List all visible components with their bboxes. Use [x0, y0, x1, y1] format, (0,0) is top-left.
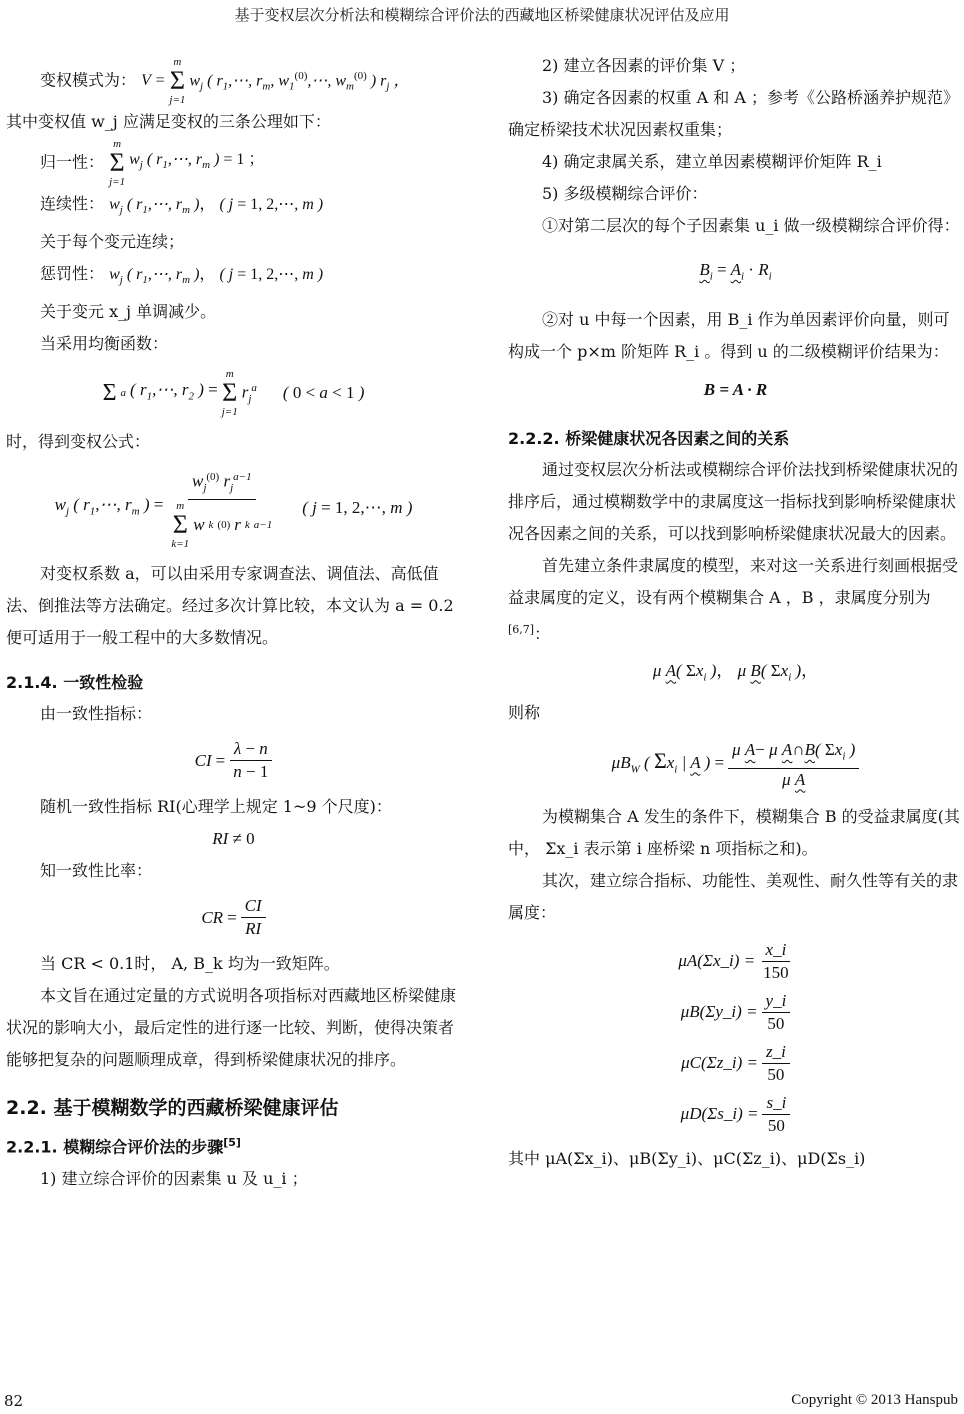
step-3: 3) 确定各因素的权重 A 和 A ；参考《公路桥涵养护规范》确定桥梁技术状况因…	[508, 82, 963, 146]
step-4: 4) 确定隶属关系，建立单因素模糊评价矩阵 R_i	[508, 146, 963, 178]
aim-paragraph: 本文旨在通过定量的方式说明各项指标对西藏地区桥梁健康状况的影响大小，最后定性的进…	[6, 980, 461, 1076]
membership-equation-list: μA(Σx_i) = x_i150 μB(Σy_i) = y_i50 μC(Σz…	[508, 939, 963, 1137]
axioms-intro: 其中变权值 w_j 应满足变权的三条公理如下：	[6, 106, 461, 138]
axiom-penalty-eq: wj ( r1,⋯, rm )， ( j = 1, 2,⋯, m )	[109, 266, 323, 283]
relation-paragraph-1: 通过变权层次分析法或模糊综合评价法找到桥梁健康状况的排序后，通过模糊数学中的隶属…	[508, 454, 963, 550]
coefficient-paragraph: 对变权系数 a，可以由采用专家调查法、调值法、高低值法、倒推法等方法确定。经过多…	[6, 558, 461, 654]
axiom-normalization-label: 归一性：	[40, 153, 104, 172]
relation-paragraph-2-end: ：	[534, 625, 550, 644]
membership-equation-d: μD(Σs_i) = s_i50	[508, 1092, 963, 1137]
equation-numerator: z_i	[762, 1041, 790, 1064]
second-level-eval-equation: B = A · R	[508, 374, 963, 406]
equation-denominator: 50	[764, 1115, 789, 1137]
equation-denominator: 150	[759, 962, 793, 984]
running-header: 基于变权层次分析法和模糊综合评价法的西藏地区桥梁健康状况评估及应用	[0, 4, 964, 25]
page-number: 82	[4, 1392, 23, 1410]
step-5: 5) 多级模糊综合评价：	[508, 178, 963, 210]
relation-paragraph-2: 首先建立条件隶属度的模型，来对这一关系进行刻画根据受益隶属度的定义，设有两个模糊…	[508, 550, 963, 650]
varmode-label: 变权模式为：	[40, 71, 136, 90]
ri-intro: 随机一致性指标 RI(心理学上规定 1~9 个尺度)：	[6, 791, 461, 823]
section-2-2-2-heading: 2.2.2. 桥梁健康状况各因素之间的关系	[508, 424, 963, 454]
section-2-1-4-heading: 2.1.4. 一致性检验	[6, 668, 461, 698]
axiom-continuity-eq: wj ( r1,⋯, rm )， ( j = 1, 2,⋯, m )	[109, 196, 323, 213]
axiom-continuity-label: 连续性：	[40, 194, 104, 213]
axiom-normalization-eq: mΣj=1 wj ( r1,⋯, rm ) = 1 ；	[109, 138, 264, 188]
equation-lhs: μD(Σs_i) =	[681, 1098, 759, 1130]
varmode-line: 变权模式为： V = mΣj=1 wj ( r1,⋯, rm, w1(0),⋯,…	[6, 56, 461, 106]
step-1: 1) 建立综合评价的因素集 u 及 u_i ；	[6, 1163, 461, 1195]
equation-lhs: μB(Σy_i) =	[681, 996, 758, 1028]
citation-ref-6-7[interactable]: [6,7]	[508, 623, 534, 636]
citation-ref[interactable]: [5]	[223, 1136, 241, 1149]
section-2-2-1-heading: 2.2.1. 模糊综合评价法的步骤[5]	[6, 1128, 461, 1162]
equation-numerator: s_i	[762, 1092, 790, 1115]
membership-equation-b: μB(Σy_i) = y_i50	[508, 990, 963, 1035]
conditional-description: 为模糊集合 A 发生的条件下，模糊集合 B 的受益隶属度(其中， Σx_i 表示…	[508, 801, 963, 865]
right-column: 2) 建立各因素的评价集 V ； 3) 确定各因素的权重 A 和 A ；参考《公…	[508, 50, 963, 1175]
left-column: 变权模式为： V = mΣj=1 wj ( r1,⋯, rm, w1(0),⋯,…	[6, 50, 461, 1195]
where-line: 其中 μA(Σx_i)、μB(Σy_i)、μC(Σz_i)、μD(Σs_i)	[508, 1143, 963, 1175]
step-5-1: ①对第二层次的每个子因素集 u_i 做一级模糊综合评价得：	[508, 210, 963, 242]
then-label: 则称	[508, 697, 963, 729]
membership-equation-a: μA(Σx_i) = x_i150	[508, 939, 963, 984]
varmode-equation: V = mΣj=1 wj ( r1,⋯, rm, w1(0),⋯, wm(0) …	[141, 56, 409, 106]
axiom-penalty-label: 惩罚性：	[40, 264, 104, 283]
relation-paragraph-2-text: 首先建立条件隶属度的模型，来对这一关系进行刻画根据受益隶属度的定义，设有两个模糊…	[508, 556, 958, 607]
axiom-continuity-note: 关于每个变元连续；	[6, 226, 461, 258]
formula-intro: 时，得到变权公式：	[6, 426, 461, 458]
ci-equation: CI = λ − nn − 1	[6, 738, 461, 783]
ri-equation: RI ≠ 0	[6, 823, 461, 855]
balance-intro: 当采用均衡函数：	[6, 328, 461, 360]
first-level-eval-equation: Bi = Ai · Ri	[508, 254, 963, 292]
axiom-penalty: 惩罚性： wj ( r1,⋯, rm )， ( j = 1, 2,⋯, m )	[6, 258, 461, 296]
axiom-normalization: 归一性： mΣj=1 wj ( r1,⋯, rm ) = 1 ；	[6, 138, 461, 188]
balance-equation: Σa ( r1,⋯, r2 ) = mΣj=1 rja ( 0 < a < 1 …	[6, 368, 461, 418]
copyright-notice: Copyright © 2013 Hanspub	[791, 1392, 958, 1409]
membership-equation-c: μC(Σz_i) = z_i50	[508, 1041, 963, 1086]
axiom-continuity: 连续性： wj ( r1,⋯, rm )， ( j = 1, 2,⋯, m )	[6, 188, 461, 226]
cr-intro: 知一致性比率：	[6, 855, 461, 887]
equation-numerator: x_i	[762, 939, 791, 962]
equation-denominator: 50	[763, 1013, 788, 1035]
step-2: 2) 建立各因素的评价集 V ；	[508, 50, 963, 82]
equation-lhs: μC(Σz_i) =	[681, 1047, 758, 1079]
axiom-penalty-note: 关于变元 x_j 单调减少。	[6, 296, 461, 328]
equation-lhs: μA(Σx_i) =	[678, 945, 755, 977]
next-paragraph: 其次，建立综合指标、功能性、美观性、耐久性等有关的隶属度：	[508, 865, 963, 929]
membership-ab-equation: μ A( Σxi )， μ B( Σxi )，	[508, 655, 963, 693]
step-5-2: ②对 u 中每一个因素，用 B_i 作为单因素评价向量，则可构成一个 p×m 阶…	[508, 304, 963, 368]
section-2-2-heading: 2.2. 基于模糊数学的西藏桥梁健康评估	[6, 1092, 461, 1124]
conditional-membership-equation: μBW ( Σxi | A ) = μ A− μ A∩B( Σxi ) μ A	[508, 739, 963, 790]
section-2-2-1-title: 2.2.1. 模糊综合评价法的步骤	[6, 1138, 223, 1157]
ci-intro: 由一致性指标：	[6, 698, 461, 730]
variable-weight-formula: wj ( r1,⋯, rm ) = wj(0) rja−1 mΣk=1 wk(0…	[6, 466, 461, 550]
equation-denominator: 50	[763, 1064, 788, 1086]
equation-numerator: y_i	[762, 990, 791, 1013]
cr-equation: CR = CIRI	[6, 895, 461, 940]
consistency-condition: 当 CR < 0.1时， A, B_k 均为一致矩阵。	[6, 948, 461, 980]
